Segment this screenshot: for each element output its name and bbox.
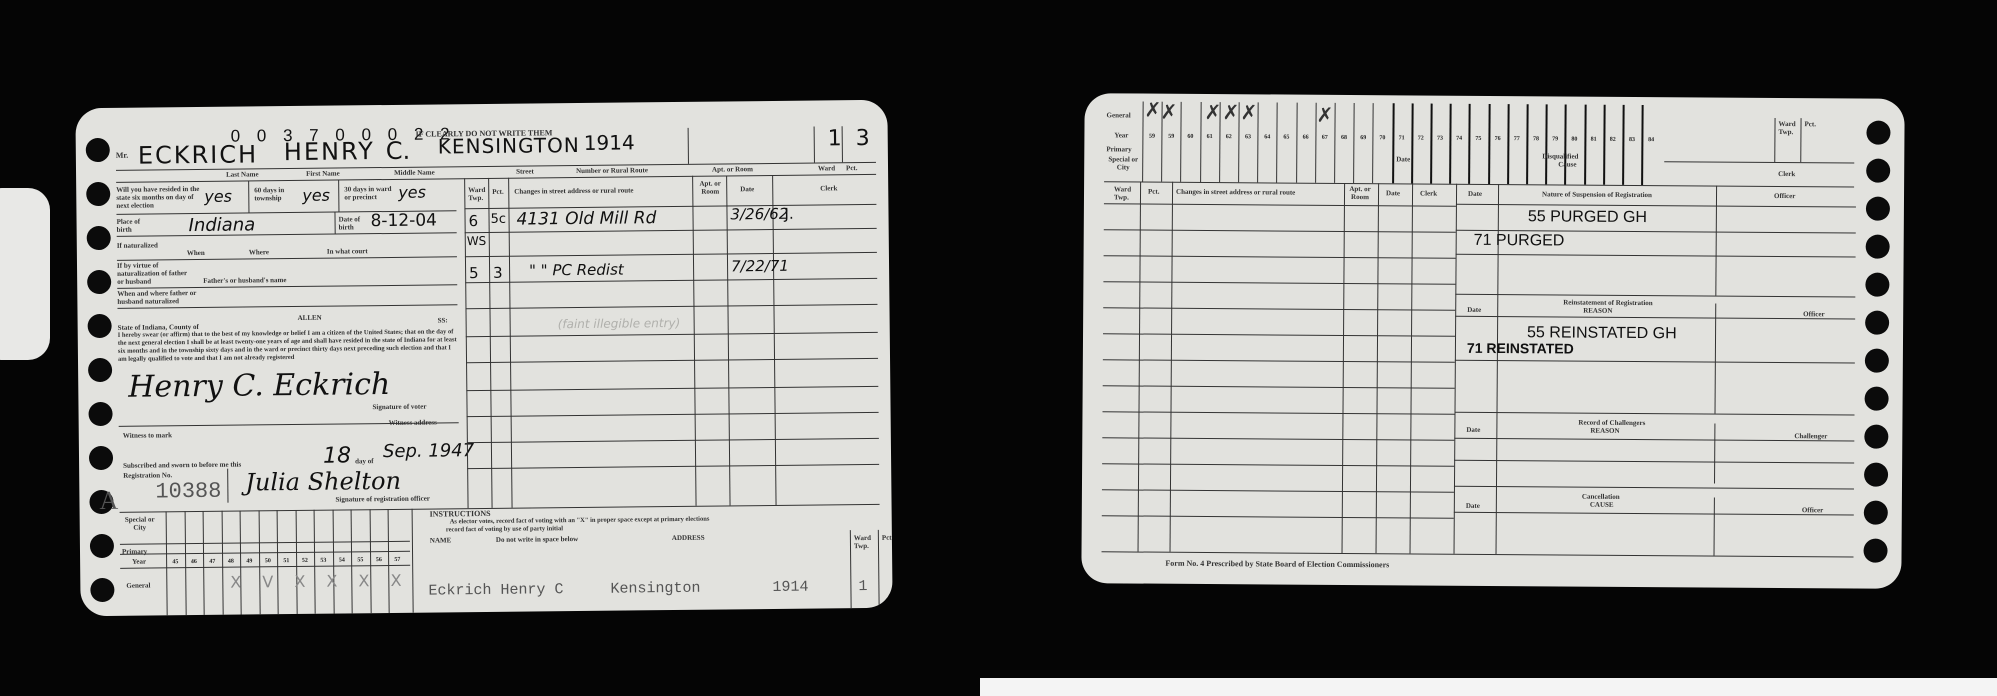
naturalized-where-label: Where [249, 248, 269, 256]
divider [1714, 424, 1715, 484]
year-cell: 47 [203, 559, 222, 565]
divider [117, 256, 457, 261]
suspension-header-officer: Officer [1774, 192, 1795, 200]
grid-line [1507, 104, 1510, 184]
challengers-title: Record of Challengers [1578, 419, 1645, 427]
typed-number: 1914 [772, 579, 808, 596]
punch-hole [86, 182, 110, 206]
street-value: Kensington [438, 133, 580, 158]
cancellation-title: Cancellation [1582, 493, 1620, 501]
year-cell: 70 [1373, 135, 1392, 141]
instructions-line1: As elector votes, record fact of voting … [450, 516, 710, 527]
divider [1455, 360, 1855, 364]
year-cell: 71 [1392, 135, 1411, 141]
grid-line [1142, 102, 1144, 182]
father-naturalized-label: When and where father or husband natural… [117, 289, 197, 306]
instructions-ward-label: Ward Twp. [854, 534, 874, 550]
grid-line [1603, 105, 1606, 185]
subscribed-label: Subscribed and sworn to before me this [123, 461, 241, 470]
grid-line [1584, 105, 1587, 185]
house-number-value: 1914 [584, 130, 635, 155]
instructions-address-label: ADDRESS [672, 534, 705, 542]
year-cell: 67 [1315, 135, 1334, 141]
punch-hole [1866, 197, 1890, 221]
divider [1454, 460, 1854, 464]
table-row-line [1103, 385, 1455, 388]
punch-hole [89, 446, 113, 470]
front-year-grid: 45464748495051525354555657 [166, 509, 409, 616]
grid-line [1392, 103, 1395, 183]
officer-signature: Julia Shelton [245, 467, 401, 497]
punch-hole [87, 226, 111, 250]
vote-x-mark: ✗ [1223, 100, 1240, 124]
grid-line [1430, 104, 1433, 184]
changes-header-address: Changes in street address or rural route [514, 186, 633, 195]
disqualified-date-label: Date [1396, 155, 1410, 163]
divider [227, 469, 228, 503]
divider [850, 530, 852, 608]
table-row-line [1103, 359, 1455, 362]
back-changes-header-address: Changes in street address or rural route [1176, 188, 1295, 197]
general-vote-marks: X V X X X X [230, 571, 409, 592]
change-row-3-pct: 3 [493, 264, 503, 282]
year-cell: 79 [1546, 136, 1565, 142]
change-row-3-date: 7/22/71 [731, 257, 789, 276]
punch-hole [90, 578, 114, 602]
year-cell: 54 [333, 557, 352, 563]
divider [814, 127, 815, 163]
divider [1664, 161, 1854, 163]
residence-q2-answer: yes [302, 186, 330, 205]
subscribed-month-year: Sep. 1947 [383, 440, 474, 462]
table-row-line [1102, 411, 1454, 414]
title-prefix: Mr. [116, 152, 128, 160]
back-ward-label: Ward Twp. [1778, 120, 1798, 136]
grid-line [1641, 105, 1644, 185]
form-footer: Form No. 4 Prescribed by State Board of … [1165, 560, 1389, 570]
suspension-header-date: Date [1468, 190, 1482, 198]
divider [465, 304, 877, 309]
year-cell: 61 [1200, 134, 1219, 140]
residence-q2-label: 60 days in township [254, 186, 304, 203]
back-changes-header-apt: Apt. or Room [1346, 185, 1374, 201]
grid-line [1411, 103, 1414, 183]
grid-line [1276, 102, 1278, 182]
county-value: ALLEN [298, 314, 322, 322]
punch-hole [88, 358, 112, 382]
virtue-label: If by virtue of naturalization of father… [117, 261, 187, 286]
reinstatement-header-officer: Officer [1803, 310, 1824, 318]
last-name-value: Eckrich [138, 140, 259, 169]
pct-value: 3 [856, 126, 870, 151]
divider [1714, 304, 1716, 414]
punch-hole [1864, 463, 1888, 487]
number-label: Number or Rural Route [576, 166, 648, 175]
birth-date-value: 8-12-04 [370, 210, 437, 231]
reinstatement-header-reason: REASON [1583, 307, 1612, 315]
divider [1800, 118, 1801, 162]
table-row-line [1103, 281, 1455, 284]
year-cell: 69 [1354, 135, 1373, 141]
divider [688, 128, 689, 164]
year-cell: 80 [1565, 136, 1584, 142]
table-row-line [1102, 515, 1454, 518]
challengers-header-reason: REASON [1590, 427, 1619, 435]
grid-line [1200, 102, 1202, 182]
table-row-line [1104, 229, 1456, 232]
suspension-entry-2: 71 PURGED [1474, 232, 1565, 251]
punch-hole [1865, 387, 1889, 411]
divider [1714, 498, 1715, 556]
divider [467, 438, 879, 443]
typed-ward: 1 [858, 578, 867, 595]
divider [1456, 254, 1856, 258]
year-cell: 45 [166, 559, 185, 565]
cancellation-header-date: Date [1466, 502, 1480, 510]
middle-name-label: Middle Name [394, 169, 435, 177]
change-row-5-address: (faint illegible entry) [558, 316, 681, 331]
pct-label: Pct. [846, 164, 858, 172]
punch-hole [1866, 121, 1890, 145]
middle-name-value: C. [386, 137, 411, 165]
table-row-line [1103, 307, 1455, 310]
divider [1715, 186, 1717, 296]
suspension-entry-1: 55 PURGED GH [1528, 208, 1647, 227]
naturalized-court-label: In what court [327, 247, 368, 255]
year-cell: 75 [1469, 136, 1488, 142]
challengers-header-challenger: Challenger [1794, 432, 1827, 440]
punch-hole [1865, 349, 1889, 373]
year-cell: 73 [1430, 136, 1449, 142]
grid-line [1468, 104, 1471, 184]
divider [1774, 118, 1775, 162]
divider [878, 530, 880, 608]
grid-line [1180, 102, 1182, 182]
first-name-label: First Name [306, 170, 340, 178]
ward-value: 1 [828, 126, 842, 151]
year-cell: 63 [1238, 134, 1257, 140]
year-cell: 84 [1642, 137, 1661, 143]
ward-label: Ward [818, 164, 835, 172]
year-cell: 62 [1219, 134, 1238, 140]
voter-signature-label: Signature of voter [372, 403, 426, 412]
punch-hole [1865, 273, 1889, 297]
divider [248, 180, 249, 212]
year-cell: 52 [296, 558, 315, 564]
year-cell: 55 [351, 557, 370, 563]
back-changes-header-date: Date [1386, 189, 1400, 197]
divider [464, 204, 876, 209]
vote-row-year: Year [132, 558, 146, 566]
year-cell: 53 [314, 558, 333, 564]
vote-x-mark: ✗ [1161, 100, 1178, 124]
punch-hole [1864, 425, 1888, 449]
change-row-3-address: " " PC Redist [529, 261, 624, 280]
instructions-line2: record fact of voting by use of party in… [446, 525, 563, 534]
divider [1455, 316, 1855, 320]
change-row-1-date: 3/26/62 [730, 205, 788, 224]
divider [338, 180, 339, 212]
back-changes-header-pct: Pct. [1148, 188, 1160, 196]
subscribed-day: 18 [323, 443, 351, 468]
divider [465, 278, 877, 283]
table-row-line [1104, 203, 1456, 206]
table-row-line [1102, 437, 1454, 440]
residence-q3-answer: yes [398, 183, 426, 202]
year-cell: 49 [240, 558, 259, 564]
changes-header-pct: Pct. [492, 188, 504, 196]
divider [1455, 294, 1855, 298]
punch-hole [1864, 501, 1888, 525]
divider [842, 126, 843, 162]
year-cell: 57 [388, 557, 407, 563]
back-vote-row-primary: Primary [1106, 145, 1131, 153]
grid-line [1334, 103, 1336, 183]
year-cell: 76 [1488, 136, 1507, 142]
year-cell: 77 [1507, 136, 1526, 142]
divider [467, 412, 879, 417]
grid-line [1257, 102, 1259, 182]
year-cell: 60 [1181, 134, 1200, 140]
birth-place-label: Place of birth [117, 217, 157, 233]
punch-hole [86, 138, 110, 162]
back-vote-row-general: General [1107, 111, 1131, 119]
punch-hole [88, 402, 112, 426]
divider [726, 175, 730, 505]
residence-q3-label: 30 days in ward or precinct [344, 185, 398, 202]
divider [466, 386, 878, 391]
divider [772, 175, 776, 505]
reinstatement-header-date: Date [1467, 306, 1481, 314]
year-cell: 78 [1526, 136, 1545, 142]
oath-text: I hereby swear (or affirm) that to the b… [118, 328, 458, 364]
vote-row-general: General [126, 582, 150, 590]
grid-line [1622, 105, 1625, 185]
changes-header-clerk: Clerk [820, 184, 837, 192]
registration-card-back: General Year Primary Special or City 595… [1081, 93, 1904, 589]
changes-header-ward: Ward Twp. [468, 186, 486, 202]
grid-line [1449, 104, 1452, 184]
witness-address-label: Witness address [389, 418, 437, 427]
instructions-pct-label: Pct. [882, 534, 893, 542]
year-cell: 66 [1296, 135, 1315, 141]
table-row-line [1102, 463, 1454, 466]
divider [467, 464, 879, 469]
divider [334, 212, 335, 234]
residence-q1-label: Will you have resided in the state six m… [116, 185, 204, 210]
back-vote-row-year: Year [1114, 131, 1128, 139]
father-name-label: Father's or husband's name [203, 276, 286, 285]
punch-hole [1866, 235, 1890, 259]
last-name-label: Last Name [226, 170, 259, 178]
officer-signature-label: Signature of registration officer [335, 495, 430, 504]
registration-no-value: 10388 [155, 479, 221, 505]
divider [117, 232, 457, 237]
divider [488, 178, 492, 508]
divider [465, 252, 877, 257]
divider [1454, 412, 1854, 416]
grid-line [1353, 103, 1355, 183]
changes-header-apt: Apt. or Room [696, 179, 724, 195]
first-name-value: Henry [284, 137, 375, 166]
challengers-header-date: Date [1466, 426, 1480, 434]
divider [1454, 512, 1854, 516]
year-cell: 59 [1162, 134, 1181, 140]
punch-hole [1866, 159, 1890, 183]
grid-line [1372, 103, 1374, 183]
birth-place-value: Indiana [188, 214, 255, 236]
changes-header-date: Date [740, 185, 754, 193]
back-pct-label: Pct. [1804, 120, 1816, 128]
suspension-header-nature: Nature of Suspension of Registration [1542, 190, 1652, 199]
punch-hole [88, 314, 112, 338]
naturalized-when-label: When [187, 249, 205, 257]
vote-x-mark: ✗ [1241, 100, 1258, 124]
change-row-1-address: 4131 Old Mill Rd [516, 208, 656, 229]
day-of-label: day of [355, 457, 374, 465]
year-cell: 64 [1258, 134, 1277, 140]
instructions-do-not-write: Do not write in space below [496, 535, 578, 544]
punch-hole [90, 534, 114, 558]
back-vote-row-special: Special or City [1108, 155, 1138, 171]
registration-card-front: 0 0 3 7 0 0 0 2 2 IF CLEARLY DO NOT WRIT… [75, 100, 892, 616]
voter-signature: Henry C. Eckrich [128, 367, 390, 405]
scan-edge-strip [980, 678, 1997, 696]
year-cell: 81 [1584, 137, 1603, 143]
change-row-3-ward: 5 [469, 264, 479, 282]
typed-street: Kensington [610, 580, 700, 598]
apt-label: Apt. or Room [712, 165, 753, 173]
adjacent-card-edge [0, 188, 50, 360]
year-cell: 59 [1142, 134, 1161, 140]
divider [692, 176, 696, 506]
grid-line [1545, 104, 1548, 184]
divider [1102, 551, 1854, 557]
year-cell: 50 [259, 558, 278, 564]
table-row-line [1104, 255, 1456, 258]
vote-row-special: Special or City [120, 515, 160, 531]
back-changes-rows [1102, 203, 1456, 555]
change-row-1-pct: 5c [490, 212, 506, 227]
typed-name: Eckrich Henry C [428, 581, 563, 599]
punch-hole [87, 270, 111, 294]
naturalized-label: If naturalized [117, 241, 158, 249]
reinstatement-entry-2: 71 REINSTATED [1467, 340, 1574, 357]
ss-label: SS: [438, 316, 448, 324]
cancellation-header-cause: CAUSE [1590, 501, 1614, 509]
back-changes-header-clerk: Clerk [1420, 189, 1437, 197]
year-cell: 48 [222, 559, 241, 565]
vote-x-mark: ✗ [1205, 100, 1222, 124]
witness-label: Witness to mark [123, 431, 172, 440]
change-row-1-clerk: J. [784, 205, 793, 223]
year-cell: 46 [185, 559, 204, 565]
divider [466, 358, 878, 363]
grid-line [1564, 104, 1567, 184]
disqualified-cause-label: Cause [1558, 160, 1576, 168]
year-cell: 65 [1277, 134, 1296, 140]
year-cell: 74 [1450, 136, 1469, 142]
year-cell: 56 [370, 557, 389, 563]
punch-hole [1863, 539, 1887, 563]
change-row-1-ward: 6 [468, 212, 478, 230]
table-row-line [1102, 489, 1454, 492]
year-cell: 83 [1622, 137, 1641, 143]
year-cell: 51 [277, 558, 296, 564]
vote-x-mark: ✗ [1316, 103, 1333, 127]
birth-date-label: Date of birth [338, 215, 370, 231]
vote-x-mark: ✗ [1145, 98, 1162, 122]
residence-q1-answer: yes [204, 187, 232, 206]
section-letter: A [99, 486, 118, 516]
divider [466, 332, 878, 337]
divider [412, 509, 414, 613]
table-row-line [1103, 333, 1455, 336]
grid-line [1296, 103, 1298, 183]
back-changes-header-ward: Ward Twp. [1114, 185, 1134, 201]
instructions-name-label: NAME [430, 536, 451, 544]
back-clerk-label: Clerk [1778, 170, 1795, 178]
divider [1456, 204, 1856, 208]
year-cell: 72 [1411, 135, 1430, 141]
street-label: Street [516, 167, 534, 175]
punch-hole [1865, 311, 1889, 335]
divider [508, 178, 512, 508]
divider [1454, 486, 1854, 490]
year-cell: 68 [1334, 135, 1353, 141]
disqualified-label: Disqualified [1542, 152, 1578, 160]
change-row-2-ward: WS [467, 234, 487, 248]
year-cell: 82 [1603, 137, 1622, 143]
grid-line [1488, 104, 1491, 184]
grid-line [1526, 104, 1529, 184]
cancellation-header-officer: Officer [1802, 506, 1823, 514]
